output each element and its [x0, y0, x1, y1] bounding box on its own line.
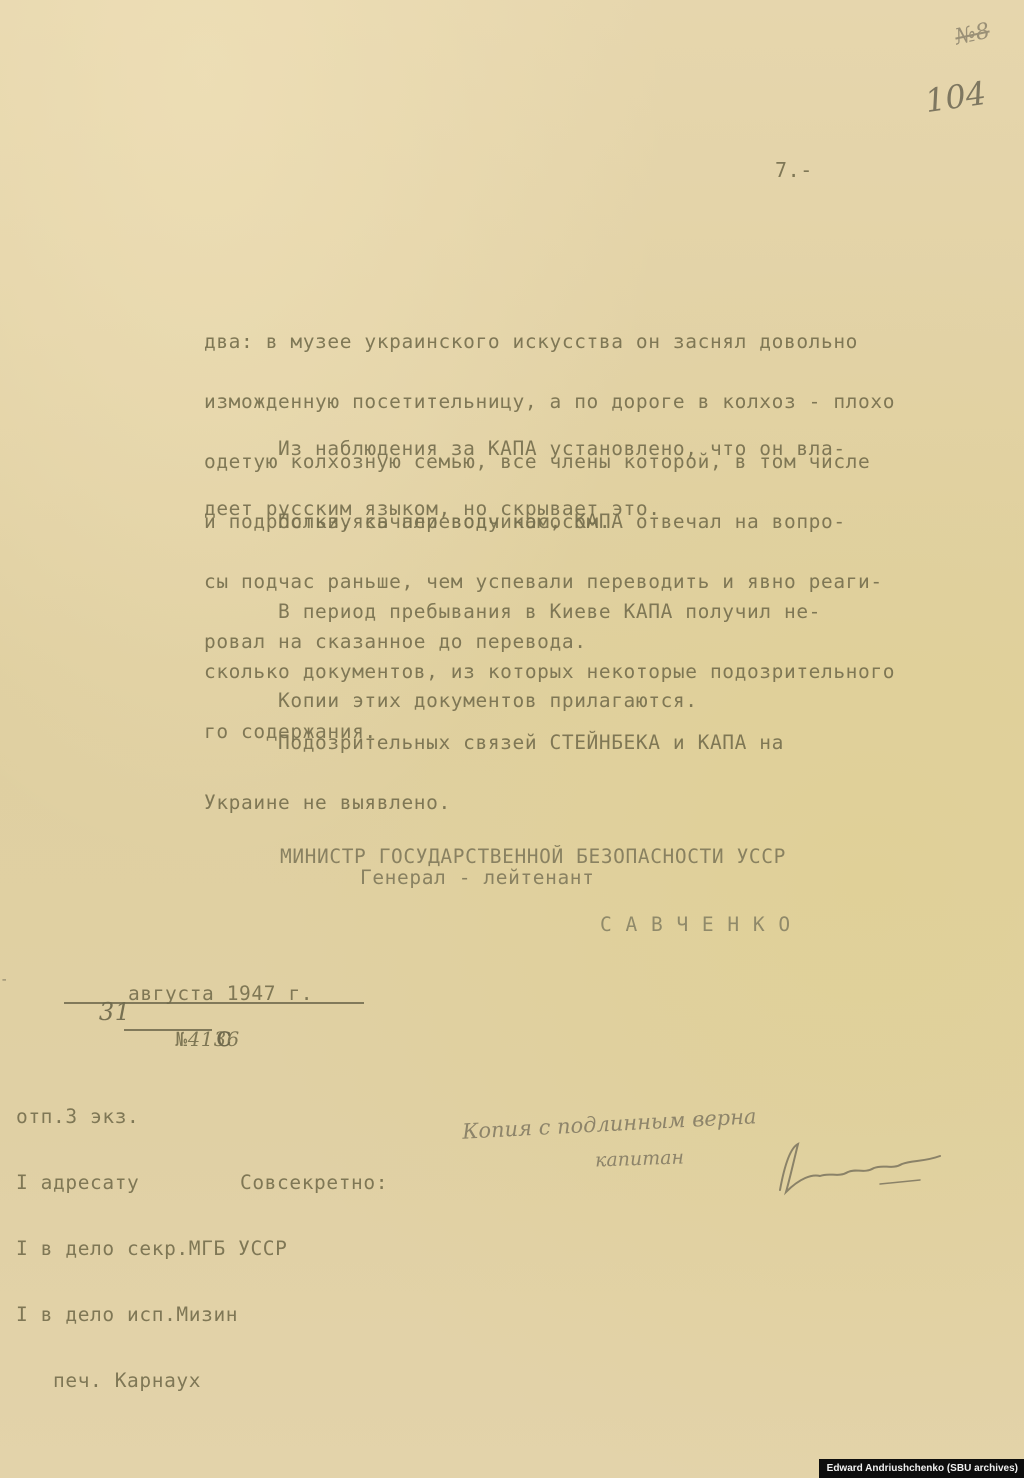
date-text: августа 1947 г. [128, 984, 313, 1004]
signatory-name: С А В Ч Е Н К О [600, 915, 791, 935]
handwritten-signature-icon [760, 1138, 960, 1198]
photo-credit: Edward Andriushchenko (SBU archives) [819, 1459, 1024, 1478]
body-paragraph-6: Подозрительных связей СТЕЙНБЕКА и КАПА н… [204, 693, 784, 853]
document-page: №8 104 7.- два: в музее украинского иску… [0, 0, 1024, 1478]
number-prefix: № [175, 1028, 187, 1051]
distribution-list: отп.3 экз. I адресату I в дело секр.МГБ … [16, 1062, 287, 1436]
archive-folio-number: 104 [923, 74, 989, 120]
signatory-title: МИНИСТР ГОСУДАРСТВЕННОЙ БЕЗОПАСНОСТИ УСС… [280, 847, 786, 867]
distribution-closing: Совсекретно: [240, 1173, 388, 1193]
date-underline [64, 1002, 364, 1004]
text-line: Из наблюдения за КАПА установлено, что о… [204, 439, 846, 459]
number-value: 4136 [188, 1028, 240, 1051]
number-suffix: с [216, 1020, 232, 1053]
handwritten-rank: капитан [595, 1146, 685, 1171]
distribution-line: I в дело секр.МГБ УССР [16, 1238, 287, 1260]
page-number: 7.- [775, 160, 813, 180]
margin-mark: - [0, 972, 8, 988]
archive-crossed-number: №8 [953, 19, 992, 51]
signatory-rank: Генерал - лейтенант [360, 868, 594, 888]
text-line: В период пребывания в Киеве КАПА получил… [204, 602, 895, 622]
distribution-line: I в дело исп.Мизин [16, 1304, 287, 1326]
number-underline [124, 1029, 212, 1031]
date-day: 31 [66, 982, 131, 1042]
text-line: два: в музее украинского искусства он за… [204, 332, 895, 352]
text-line: Подозрительных связей СТЕЙНБЕКА и КАПА н… [204, 733, 784, 753]
distribution-line: печ. Карнаух [16, 1370, 287, 1392]
text-line: Украине не выявлено. [204, 793, 784, 813]
text-line: Пользуясь переводчиком, КАПА отвечал на … [204, 512, 883, 532]
handwritten-certification: Копия с подлинным верна [462, 1104, 757, 1143]
distribution-line: отп.3 экз. [16, 1106, 287, 1128]
